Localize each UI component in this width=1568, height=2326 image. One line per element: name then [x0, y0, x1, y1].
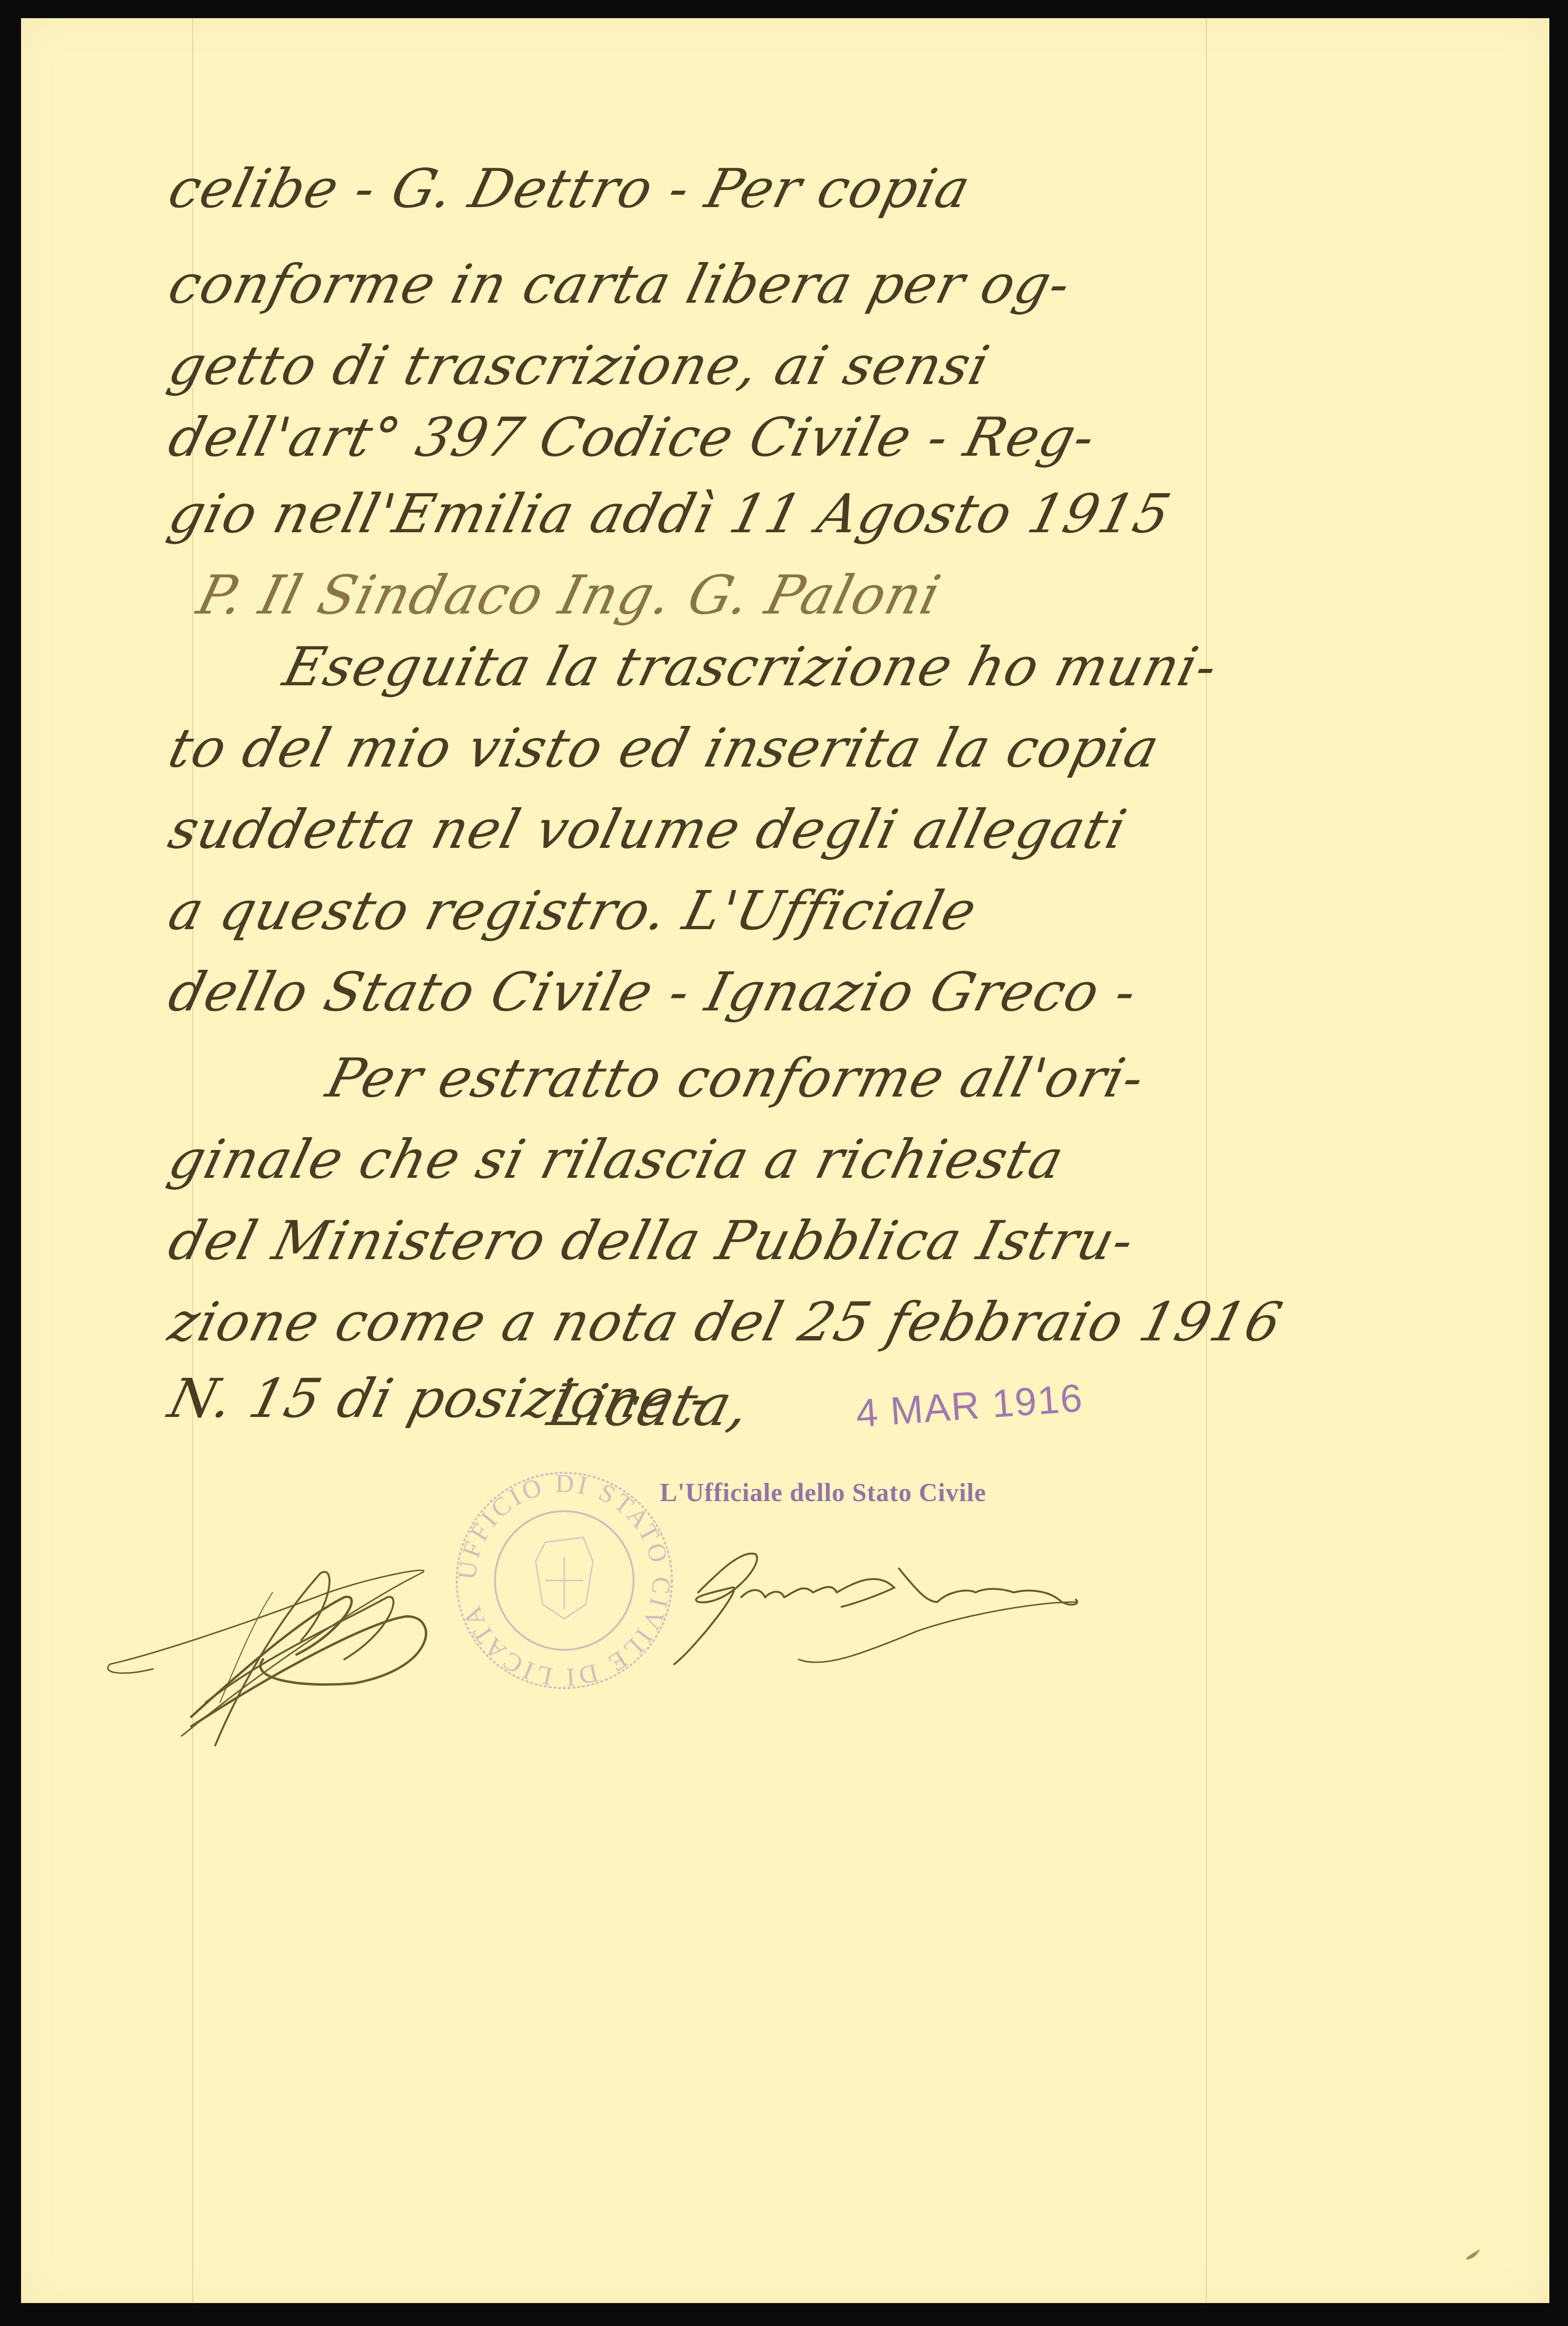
body-line: Eseguita la trascrizione ho muni-	[277, 636, 1224, 698]
body-line: Per estratto conforme all'ori-	[320, 1047, 1151, 1109]
body-line: gio nell'Emilia addì 11 Agosto 1915	[163, 483, 1177, 545]
place-name: Licata,	[542, 1372, 757, 1439]
body-line: celibe - G. Dettro - Per copia	[163, 158, 977, 220]
body-line: dell'art° 397 Codice Civile - Reg-	[163, 406, 1102, 469]
body-line: to del mio visto ed inserita la copia	[163, 717, 1166, 779]
body-line: P. Il Sindaco Ing. G. Paloni	[191, 564, 947, 626]
civil-registry-seal: UFFICIO DI STATO CIVILE DI LICATA	[450, 1466, 679, 1695]
left-signature	[96, 1545, 478, 1760]
body-line: a questo registro. L'Ufficiale	[163, 880, 983, 942]
right-margin-line	[1206, 18, 1207, 2303]
official-signature	[669, 1521, 1148, 1674]
coat-of-arms-icon: UFFICIO DI STATO CIVILE DI LICATA	[450, 1466, 679, 1695]
body-line: getto di trascrizione, ai sensi	[163, 335, 996, 397]
body-line: del Ministero della Pubblica Istru-	[163, 1210, 1140, 1272]
body-line: dello Stato Civile - Ignazio Greco -	[163, 961, 1143, 1023]
body-line: conforme in carta libera per og-	[163, 253, 1077, 316]
ink-mark	[1463, 2248, 1482, 2262]
office-stamp: L'Ufficiale dello Stato Civile	[660, 1478, 986, 1507]
body-line: ginale che si rilascia a richiesta	[163, 1129, 1070, 1191]
body-line: zione come a nota del 25 febbraio 1916	[163, 1291, 1289, 1353]
body-line: suddetta nel volume degli allegati	[163, 799, 1133, 861]
